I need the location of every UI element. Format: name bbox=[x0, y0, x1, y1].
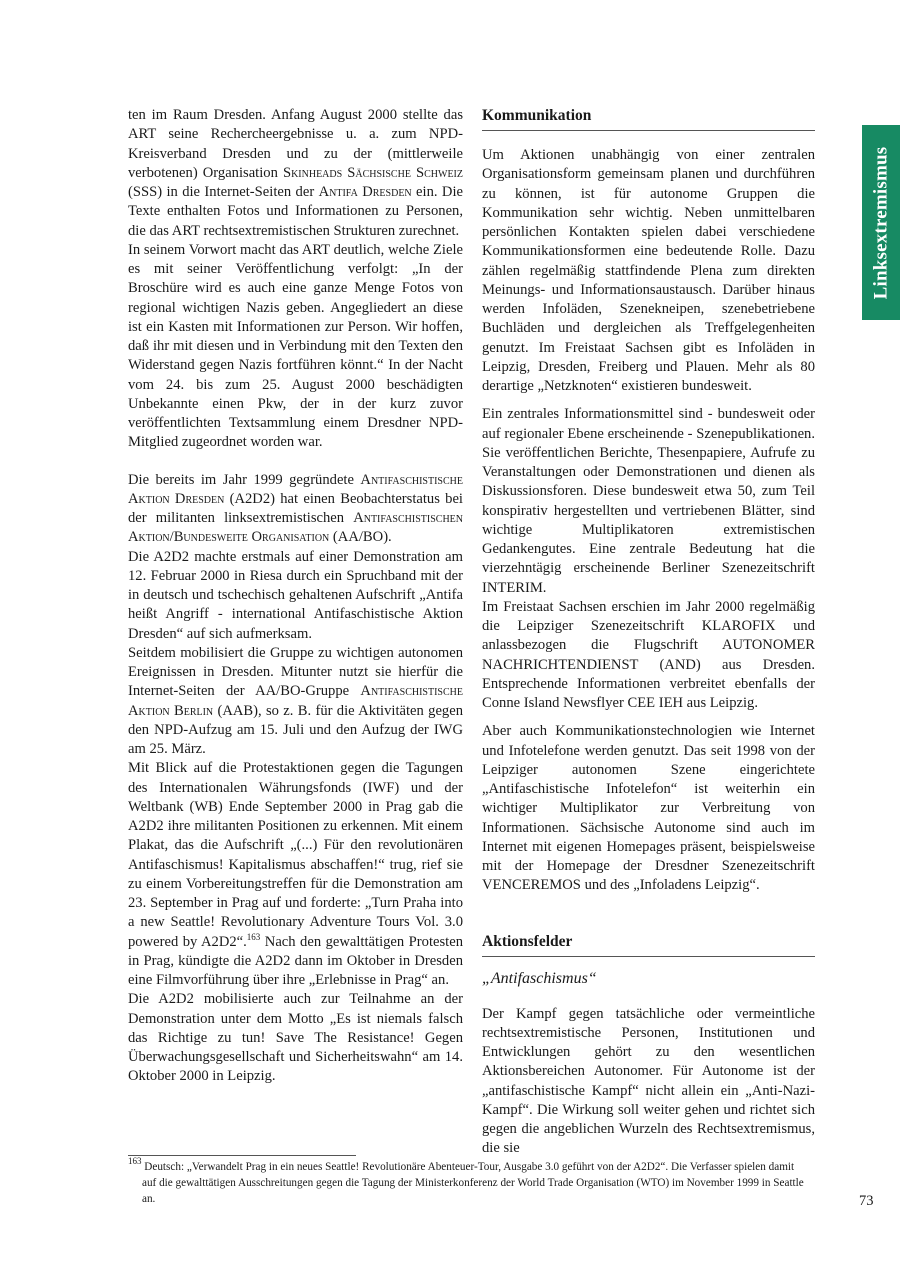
paragraph: In seinem Vorwort macht das ART deutlich… bbox=[128, 241, 463, 453]
footnote-divider bbox=[128, 1155, 356, 1156]
right-column: Kommunikation Um Aktionen unabhängig von… bbox=[482, 106, 815, 1159]
paragraph: Die A2D2 mobilisierte auch zur Teilnahme… bbox=[128, 990, 463, 1086]
paragraph: Die bereits im Jahr 1999 gegründete Anti… bbox=[128, 471, 463, 548]
section-heading-kommunikation: Kommunikation bbox=[482, 106, 815, 131]
section-heading-aktionsfelder: Aktionsfelder bbox=[482, 932, 815, 957]
side-tab-label: Linksextremismus bbox=[870, 146, 892, 299]
section-side-tab: Linksextremismus bbox=[862, 125, 900, 320]
page-number: 73 bbox=[859, 1193, 874, 1210]
organization-name: Skinheads Sächsische Schweiz bbox=[283, 165, 463, 181]
paragraph: Die A2D2 machte erstmals auf einer Demon… bbox=[128, 548, 463, 644]
footnote: 163 Deutsch: „Verwandelt Prag in ein neu… bbox=[128, 1159, 808, 1207]
paragraph: Im Freistaat Sachsen erschien im Jahr 20… bbox=[482, 598, 815, 714]
footnote-text: Deutsch: „Verwandelt Prag in ein neues S… bbox=[142, 1161, 804, 1205]
paragraph: Mit Blick auf die Protestaktionen gegen … bbox=[128, 759, 463, 990]
footnote-reference[interactable]: 163 bbox=[247, 932, 261, 942]
paragraph: Um Aktionen unabhängig von einer zentral… bbox=[482, 146, 815, 396]
left-column: ten im Raum Dresden. Anfang August 2000 … bbox=[128, 106, 463, 1087]
paragraph: Aber auch Kommunikationstechnologien wie… bbox=[482, 722, 815, 895]
paragraph: Der Kampf gegen tatsächliche oder vermei… bbox=[482, 1005, 815, 1159]
organization-name: Antifa Dresden bbox=[319, 184, 412, 200]
paragraph: Seitdem mobilisiert die Gruppe zu wichti… bbox=[128, 644, 463, 760]
footnote-number: 163 bbox=[128, 1156, 142, 1166]
subsection-heading: „Antifaschismus“ bbox=[482, 969, 815, 989]
paragraph: Ein zentrales Informationsmittel sind - … bbox=[482, 405, 815, 598]
paragraph: ten im Raum Dresden. Anfang August 2000 … bbox=[128, 106, 463, 241]
